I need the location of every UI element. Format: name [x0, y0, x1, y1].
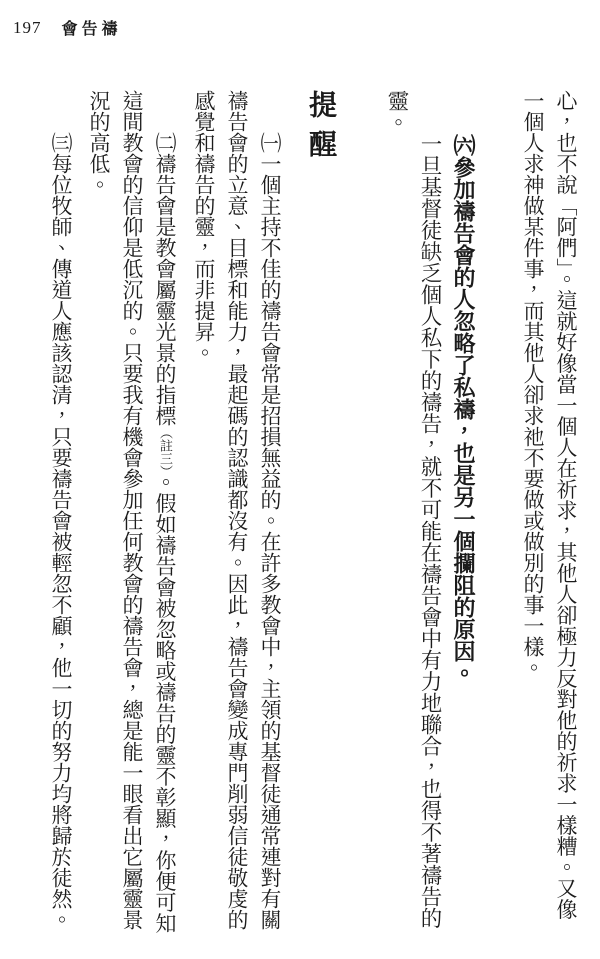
page-number: 197 [13, 18, 42, 37]
reminder-item-2: ㈡禱告會是教會屬靈光景的指標（註三）。假如禱告會被忽略或禱告的靈不彰顯，你便可知… [82, 90, 182, 935]
reminder-item-3: ㈢每位牧師、傳道人應該認清，只要禱告會被輕忽不顧，他一切的努力均將歸於徒然。 [44, 90, 77, 935]
section-heading-reminders: 提醒 [300, 90, 340, 935]
page-body-vertical-text: 心，也不說「阿們」。這就好像當一個人在祈求，其他人卻極力反對他的祈求一樣糟。又像… [44, 90, 582, 935]
running-header: 197會告禱 [13, 16, 122, 39]
running-title: 會告禱 [62, 21, 122, 38]
subpoint-six-body: 一旦基督徒缺乏個人私下的禱告，就不可能在禱告會中有力地聯合，也得不著禱告的靈。 [380, 90, 446, 935]
subpoint-six-heading: ㈥參加禱告會的人忽略了私禱，也是另一個攔阻的原因。 [446, 90, 480, 935]
footnote-reference: （註三） [158, 426, 173, 472]
reminder-item-1: ㈠一個主持不佳的禱告會常是招損無益的。在許多教會中，主領的基督徒通常連對有關禱告… [187, 90, 286, 935]
reminder-item-2-text: ㈡禱告會是教會屬靈光景的指標 [153, 132, 177, 426]
book-page: 197會告禱 心，也不說「阿們」。這就好像當一個人在祈求，其他人卻極力反對他的祈… [0, 0, 600, 959]
paragraph-continuation: 心，也不說「阿們」。這就好像當一個人在祈求，其他人卻極力反對他的祈求一樣糟。又像… [516, 90, 582, 935]
